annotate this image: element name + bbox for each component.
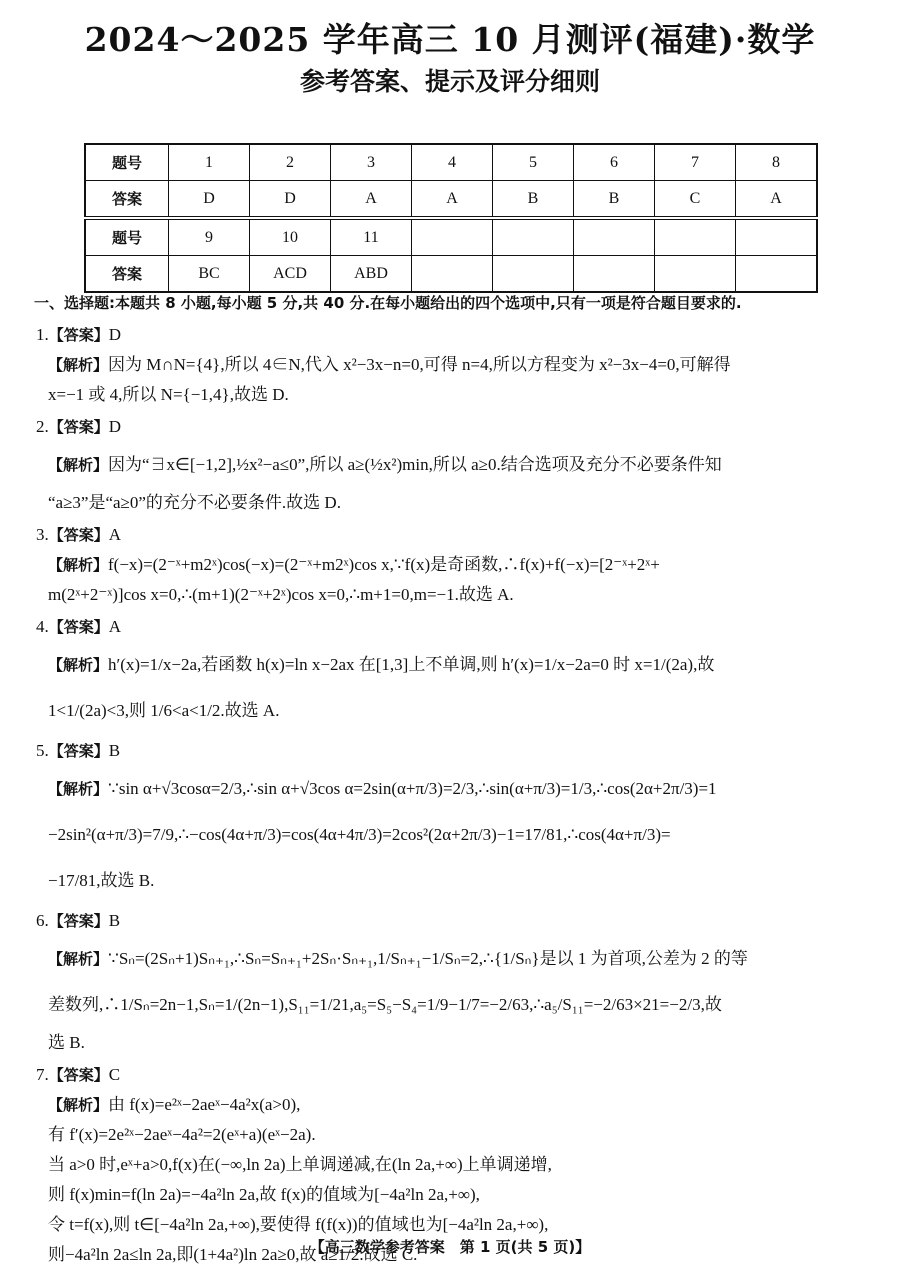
cell: 3 (331, 144, 412, 181)
analysis-tag: 【解析】 (48, 456, 108, 474)
document-subtitle: 参考答案、提示及评分细则 (0, 62, 900, 98)
analysis-line: 1<1/(2a)<3,则 1/6<a<1/2.故选 A. (48, 688, 866, 734)
analysis-tag: 【解析】 (48, 656, 108, 674)
cell (493, 256, 574, 293)
analysis-line: m(2ˣ+2⁻ˣ)]cos x=0,∴(m+1)(2⁻ˣ+2ˣ)cos x=0,… (48, 580, 866, 610)
cell: D (169, 181, 250, 219)
cell: BC (169, 256, 250, 293)
answer-tag: 【答案】 (49, 526, 109, 544)
answer-tag: 【答案】 (49, 1066, 109, 1084)
analysis-tag: 【解析】 (48, 950, 108, 968)
question-3-answer: 3.【答案】A (36, 520, 866, 550)
question-3-analysis: 【解析】f(−x)=(2⁻ˣ+m2ˣ)cos(−x)=(2⁻ˣ+m2ˣ)cos … (36, 550, 866, 610)
analysis-tag: 【解析】 (48, 356, 108, 374)
analysis-line: −17/81,故选 B. (48, 858, 866, 904)
question-4-analysis: 【解析】h′(x)=1/x−2a,若函数 h(x)=ln x−2ax 在[1,3… (36, 642, 866, 734)
answer-tag: 【答案】 (49, 742, 109, 760)
cell: 10 (250, 218, 331, 256)
answer-value: D (109, 417, 121, 436)
answer-value: A (109, 617, 121, 636)
analysis-line: 因为 M∩N={4},所以 4∈N,代入 x²−3x−n=0,可得 n=4,所以… (108, 355, 731, 374)
question-5-answer: 5.【答案】B (36, 736, 866, 766)
solutions: 一、选择题:本题共 8 小题,每小题 5 分,共 40 分.在每小题给出的四个选… (36, 288, 866, 1270)
cell: 7 (655, 144, 736, 181)
row-label-number: 题号 (85, 144, 169, 181)
analysis-line: 当 a>0 时,eˣ+a>0,f(x)在(−∞,ln 2a)上单调递减,在(ln… (48, 1150, 866, 1180)
analysis-tag: 【解析】 (48, 556, 108, 574)
row-label-number: 题号 (85, 218, 169, 256)
question-number: 5. (36, 741, 49, 760)
table-row-numbers-1: 题号 1 2 3 4 5 6 7 8 (85, 144, 817, 181)
cell (574, 256, 655, 293)
answer-value: D (109, 325, 121, 344)
question-number: 3. (36, 525, 49, 544)
question-2-answer: 2.【答案】D (36, 412, 866, 442)
cell: A (331, 181, 412, 219)
question-4-answer: 4.【答案】A (36, 612, 866, 642)
cell: 4 (412, 144, 493, 181)
analysis-line: x=−1 或 4,所以 N={−1,4},故选 D. (48, 380, 866, 410)
cell (412, 218, 493, 256)
question-7-answer: 7.【答案】C (36, 1060, 866, 1090)
answer-tag: 【答案】 (49, 618, 109, 636)
answer-value: B (109, 911, 120, 930)
question-1-answer: 1.【答案】D (36, 320, 866, 350)
cell: A (412, 181, 493, 219)
analysis-line: −2sin²(α+π/3)=7/9,∴−cos(4α+π/3)=cos(4α+4… (48, 812, 866, 858)
page-footer: 【高三数学参考答案 第 1 页(共 5 页)】 (0, 1236, 900, 1257)
cell: 11 (331, 218, 412, 256)
cell: 1 (169, 144, 250, 181)
answer-tag: 【答案】 (49, 418, 109, 436)
document-title: 2024～2025 学年高三 10 月测评(福建)·数学 (0, 14, 900, 61)
answer-tag: 【答案】 (49, 912, 109, 930)
row-label-answer: 答案 (85, 256, 169, 293)
section-heading: 一、选择题:本题共 8 小题,每小题 5 分,共 40 分.在每小题给出的四个选… (34, 288, 866, 318)
analysis-line: h′(x)=1/x−2a,若函数 h(x)=ln x−2ax 在[1,3]上不单… (108, 655, 714, 674)
table-row-answers-1: 答案 D D A A B B C A (85, 181, 817, 219)
answer-tag: 【答案】 (49, 326, 109, 344)
cell: ACD (250, 256, 331, 293)
question-number: 6. (36, 911, 49, 930)
table-row-answers-2: 答案 BC ACD ABD (85, 256, 817, 293)
cell: B (574, 181, 655, 219)
question-1-analysis: 【解析】因为 M∩N={4},所以 4∈N,代入 x²−3x−n=0,可得 n=… (36, 350, 866, 410)
cell (736, 256, 818, 293)
analysis-line: 差数列,∴1/Sₙ=2n−1,Sₙ=1/(2n−1),S₁₁=1/21,a₅=S… (48, 982, 866, 1028)
analysis-line: f(−x)=(2⁻ˣ+m2ˣ)cos(−x)=(2⁻ˣ+m2ˣ)cos x,∵f… (108, 555, 660, 574)
analysis-line: ∵sin α+√3cosα=2/3,∴sin α+√3cos α=2sin(α+… (108, 779, 717, 798)
table-row-numbers-2: 题号 9 10 11 (85, 218, 817, 256)
question-number: 4. (36, 617, 49, 636)
answer-value: C (109, 1065, 120, 1084)
row-label-answer: 答案 (85, 181, 169, 219)
answer-value: A (109, 525, 121, 544)
cell: 5 (493, 144, 574, 181)
cell: 2 (250, 144, 331, 181)
cell: 6 (574, 144, 655, 181)
cell (655, 218, 736, 256)
question-number: 1. (36, 325, 49, 344)
analysis-line: 由 f(x)=e²ˣ−2aeˣ−4a²x(a>0), (108, 1095, 300, 1114)
cell (412, 256, 493, 293)
cell: 8 (736, 144, 818, 181)
analysis-line: 选 B. (48, 1028, 866, 1058)
cell: C (655, 181, 736, 219)
analysis-tag: 【解析】 (48, 780, 108, 798)
analysis-line: 有 f′(x)=2e²ˣ−2aeˣ−4a²=2(eˣ+a)(eˣ−2a). (48, 1120, 866, 1150)
cell (655, 256, 736, 293)
cell: 9 (169, 218, 250, 256)
cell: ABD (331, 256, 412, 293)
question-5-analysis: 【解析】∵sin α+√3cosα=2/3,∴sin α+√3cos α=2si… (36, 766, 866, 904)
analysis-line: 因为“∃x∈[−1,2],½x²−a≤0”,所以 a≥(½x²)min,所以 a… (108, 455, 722, 474)
answer-value: B (109, 741, 120, 760)
analysis-line: “a≥3”是“a≥0”的充分不必要条件.故选 D. (48, 488, 866, 518)
analysis-tag: 【解析】 (48, 1096, 108, 1114)
cell: D (250, 181, 331, 219)
cell (736, 218, 818, 256)
analysis-line: ∵Sₙ=(2Sₙ+1)Sₙ₊₁,∴Sₙ=Sₙ₊₁+2Sₙ·Sₙ₊₁,1/Sₙ₊₁… (108, 949, 748, 968)
cell (493, 218, 574, 256)
cell: A (736, 181, 818, 219)
cell: B (493, 181, 574, 219)
question-number: 7. (36, 1065, 49, 1084)
analysis-line: 则 f(x)min=f(ln 2a)=−4a²ln 2a,故 f(x)的值域为[… (48, 1180, 866, 1210)
cell (574, 218, 655, 256)
question-6-answer: 6.【答案】B (36, 906, 866, 936)
question-2-analysis: 【解析】因为“∃x∈[−1,2],½x²−a≤0”,所以 a≥(½x²)min,… (36, 442, 866, 518)
question-number: 2. (36, 417, 49, 436)
question-6-analysis: 【解析】∵Sₙ=(2Sₙ+1)Sₙ₊₁,∴Sₙ=Sₙ₊₁+2Sₙ·Sₙ₊₁,1/… (36, 936, 866, 1058)
answer-table: 题号 1 2 3 4 5 6 7 8 答案 D D A A B B C A 题号… (84, 143, 818, 293)
